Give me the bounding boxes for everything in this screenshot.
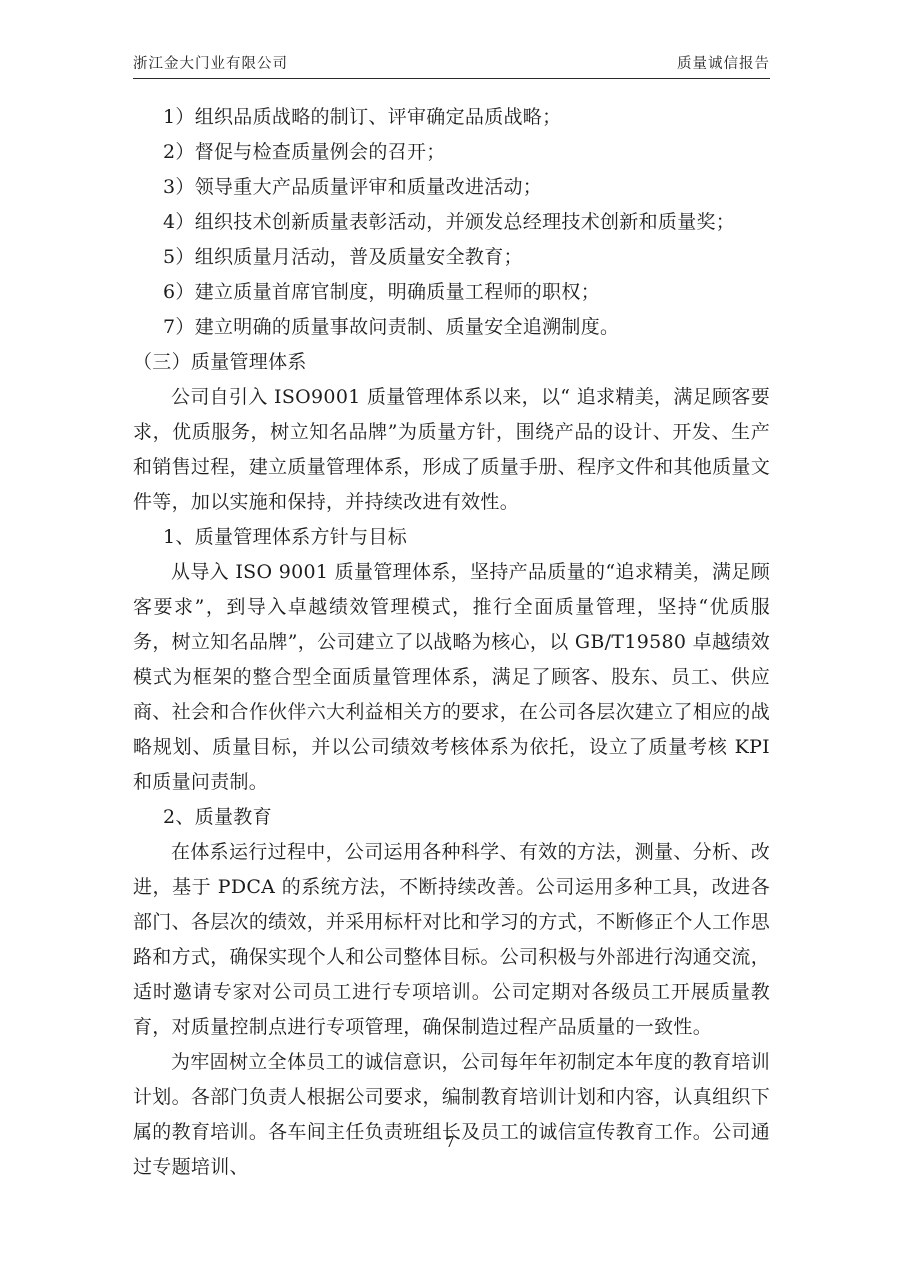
page-header: 浙江金大门业有限公司 质量诚信报告 [133,52,770,79]
subsection-heading-quality-education: 2、质量教育 [133,800,770,835]
duty-list-item-1: 1）组织品质战略的制订、评审确定品质战略； [133,100,770,135]
duty-list-item-6: 6）建立质量首席官制度，明确质量工程师的职权； [133,275,770,310]
subsection-heading-policy-and-goals: 1、质量管理体系方针与目标 [133,520,770,555]
section-heading-quality-management-system: （三）质量管理体系 [133,345,770,380]
duty-list-item-3: 3）领导重大产品质量评审和质量改进活动； [133,170,770,205]
paragraph-section3-intro: 公司自引入 ISO9001 质量管理体系以来，以“ 追求精美，满足顾客要求，优质… [133,380,770,520]
document-page: 浙江金大门业有限公司 质量诚信报告 1）组织品质战略的制订、评审确定品质战略； … [0,0,900,1261]
page-footer: 7 [0,1133,900,1151]
paragraph-quality-education-1: 在体系运行过程中，公司运用各种科学、有效的方法，测量、分析、改进，基于 PDCA… [133,835,770,1045]
header-report-title: 质量诚信报告 [677,52,770,73]
duty-list-item-2: 2）督促与检查质量例会的召开； [133,135,770,170]
paragraph-policy-and-goals: 从导入 ISO 9001 质量管理体系，坚持产品质量的“追求精美，满足顾客要求”… [133,555,770,800]
header-company-name: 浙江金大门业有限公司 [133,52,288,73]
duty-list-item-7: 7）建立明确的质量事故问责制、质量安全追溯制度。 [133,310,770,345]
paragraph-quality-education-2: 为牢固树立全体员工的诚信意识，公司每年年初制定本年度的教育培训计划。各部门负责人… [133,1045,770,1185]
duty-list-item-5: 5）组织质量月活动，普及质量安全教育； [133,240,770,275]
page-number: 7 [445,1133,455,1151]
duty-list-item-4: 4）组织技术创新质量表彰活动，并颁发总经理技术创新和质量奖； [133,205,770,240]
document-body: 1）组织品质战略的制订、评审确定品质战略； 2）督促与检查质量例会的召开； 3）… [133,100,770,1185]
